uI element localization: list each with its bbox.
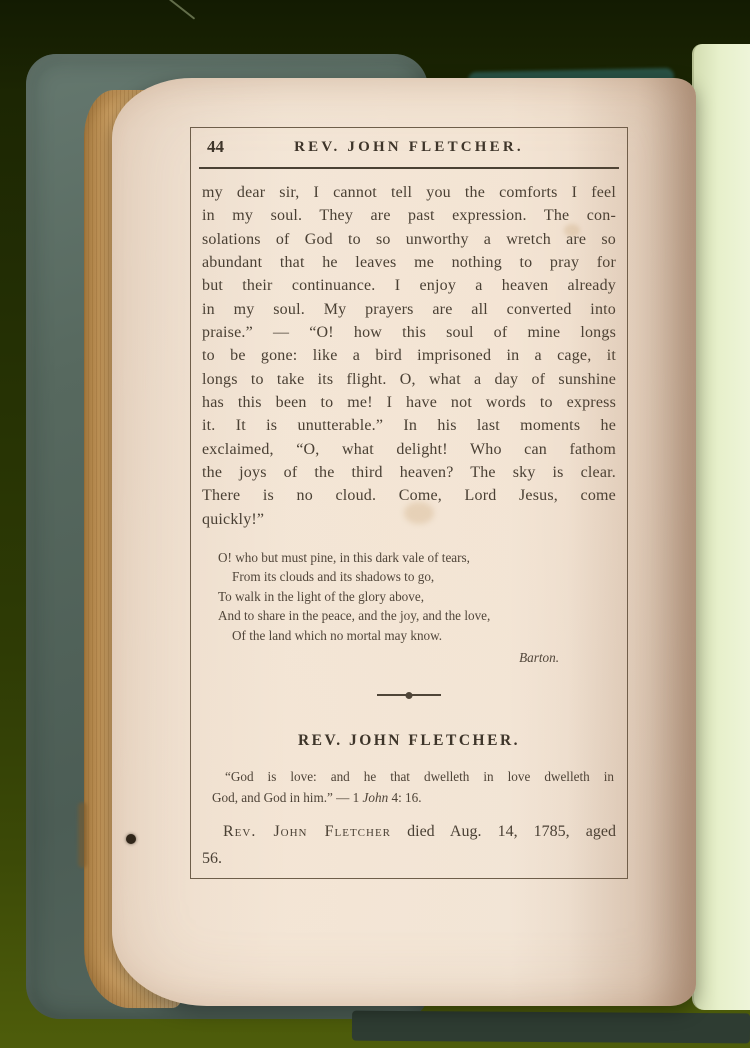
- poem-line: From its clouds and its shadows to go,: [218, 567, 617, 586]
- poem: O! who but must pine, in this dark vale …: [218, 548, 617, 667]
- name-smallcaps: Rev. John Fletcher: [223, 823, 391, 840]
- poem-line: Of the land which no mortal may know.: [218, 626, 617, 645]
- page-number: 44: [207, 137, 224, 157]
- body-line: my dear sir, I cannot tell you the comfo…: [202, 181, 616, 204]
- body-line: has this been to me! I have not words to…: [202, 391, 616, 414]
- scripture-reference-italic: John: [363, 790, 389, 805]
- poem-line: O! who but must pine, in this dark vale …: [218, 548, 617, 567]
- body-line: There is no cloud. Come, Lord Jesus, com…: [202, 484, 616, 507]
- epigraph-text: God, and God in him.” — 1: [212, 790, 363, 805]
- body-line: it. It is unutterable.” In his last mome…: [202, 414, 616, 437]
- poem-line: To walk in the light of the glory above,: [218, 587, 617, 606]
- section-divider-ornament: [377, 694, 441, 696]
- body-line: to be gone: like a bird imprisoned in a …: [202, 344, 616, 367]
- page-header: 44 REV. JOHN FLETCHER.: [191, 136, 627, 162]
- body-line: in my soul. My prayers are all converted…: [202, 298, 616, 321]
- next-page-edge: [692, 44, 750, 1010]
- body-line: quickly!”: [202, 508, 616, 531]
- epigraph: “God is love: and he that dwelleth in lo…: [212, 766, 614, 808]
- dust-fiber: [169, 0, 195, 20]
- poem-attribution: Barton.: [218, 648, 617, 667]
- opening-text: died Aug. 14, 1785, aged: [391, 823, 616, 840]
- page-stain: [564, 224, 580, 237]
- opening-line: 56.: [202, 845, 616, 872]
- book-page: 44 REV. JOHN FLETCHER. my dear sir, I ca…: [112, 78, 696, 1006]
- body-line: in my soul. They are past expression. Th…: [202, 204, 616, 227]
- body-paragraph: my dear sir, I cannot tell you the comfo…: [202, 181, 616, 531]
- cover-bottom-edge: [352, 1011, 750, 1044]
- page-stain: [404, 502, 434, 524]
- book-scan-photo: 44 REV. JOHN FLETCHER. my dear sir, I ca…: [0, 0, 750, 1048]
- body-line: exclaimed, “O, what delight! Who can fat…: [202, 438, 616, 461]
- body-line: solations of God to so unworthy a wretch…: [202, 228, 616, 251]
- body-line: abundant that he leaves me nothing to pr…: [202, 251, 616, 274]
- epigraph-line: God, and God in him.” — 1 John 4: 16.: [212, 787, 614, 808]
- running-head: REV. JOHN FLETCHER.: [191, 136, 627, 156]
- body-line: longs to take its flight. O, what a day …: [202, 368, 616, 391]
- epigraph-line: “God is love: and he that dwelleth in lo…: [212, 766, 614, 787]
- ink-spot: [126, 834, 136, 844]
- poem-line: And to share in the peace, and the joy, …: [218, 606, 617, 625]
- opening-paragraph: Rev. John Fletcher died Aug. 14, 1785, a…: [202, 818, 616, 872]
- section-heading: REV. JOHN FLETCHER.: [191, 732, 627, 750]
- body-line: the joys of the third heaven? The sky is…: [202, 461, 616, 484]
- epigraph-text: 4: 16.: [388, 790, 421, 805]
- text-frame: 44 REV. JOHN FLETCHER. my dear sir, I ca…: [190, 127, 628, 879]
- edge-stain: [78, 802, 87, 868]
- body-line: but their continuance. I enjoy a heaven …: [202, 274, 616, 297]
- opening-line: Rev. John Fletcher died Aug. 14, 1785, a…: [202, 818, 616, 845]
- header-rule: [199, 167, 619, 169]
- body-line: praise.” — “O! how this soul of mine lon…: [202, 321, 616, 344]
